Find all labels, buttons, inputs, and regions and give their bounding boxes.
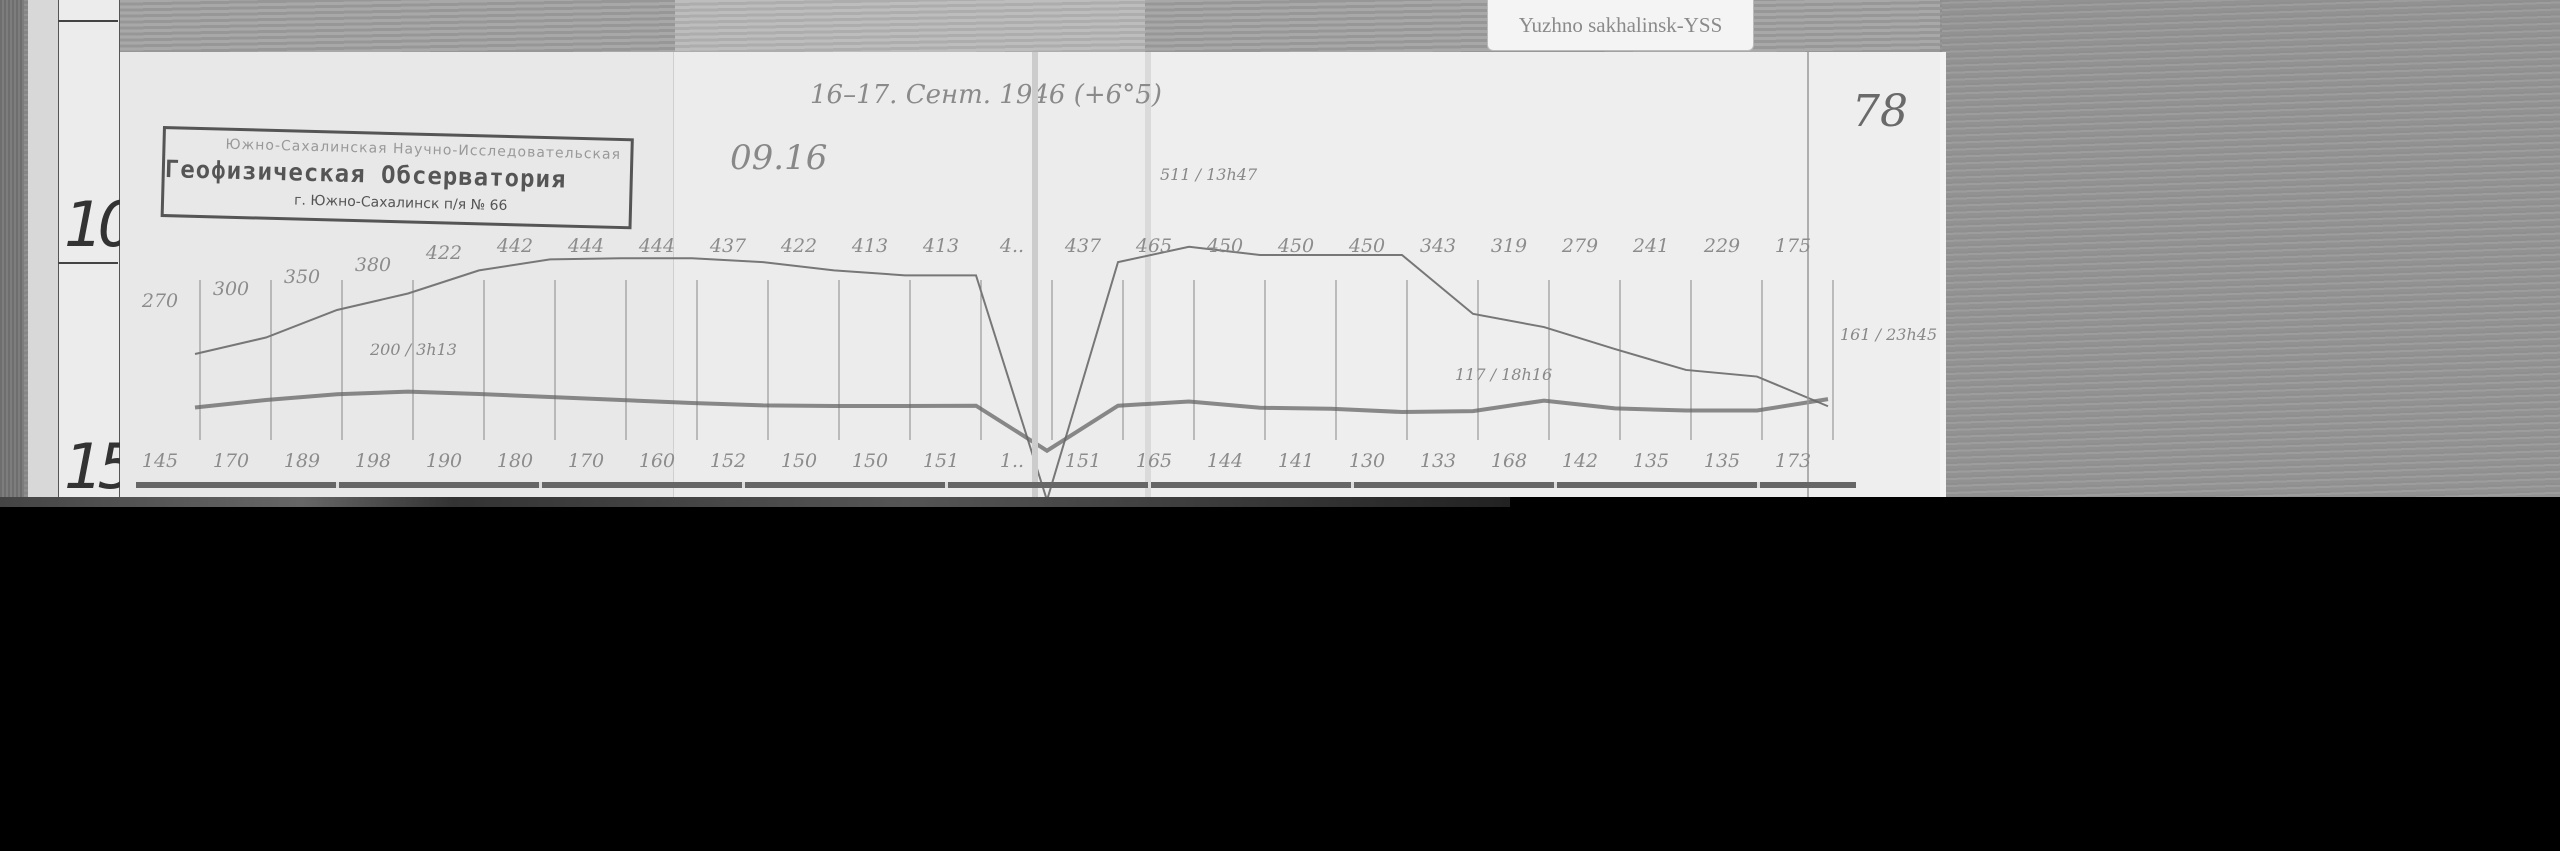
top-trace-value: 319: [1491, 235, 1527, 257]
top-trace-value: 279: [1562, 235, 1598, 257]
bottom-trace-value: 150: [781, 450, 817, 472]
top-trace-value: 442: [497, 235, 533, 257]
bottom-trace-value: 189: [284, 450, 320, 472]
annotation-min-2: 161 / 23h45: [1840, 325, 1937, 344]
bottom-trace-value: 151: [1065, 450, 1101, 472]
time-base-line: [136, 482, 1856, 488]
bottom-trace-value: 135: [1633, 450, 1669, 472]
top-trace-value: 270: [142, 290, 178, 312]
top-trace-value: 380: [355, 254, 391, 276]
top-trace-value: 450: [1278, 235, 1314, 257]
top-trace-value: 444: [568, 235, 604, 257]
bottom-trace-value: 170: [568, 450, 604, 472]
seismogram-scan: 10 15 Yuzhno sakhalinsk-YSS Южно-Сахалин…: [0, 0, 2560, 497]
top-trace-value: 350: [284, 266, 320, 288]
bottom-trace-value: 130: [1349, 450, 1385, 472]
top-trace-value: 422: [781, 235, 817, 257]
annotation-max-2: 511 / 13h47: [1160, 165, 1257, 184]
top-trace-value: 4..: [1000, 235, 1024, 257]
top-trace-value: 465: [1136, 235, 1172, 257]
top-trace-value: 444: [639, 235, 675, 257]
bottom-trace-value: 150: [852, 450, 888, 472]
scan-bottom-edge: [0, 497, 1510, 507]
bottom-trace-value: 190: [426, 450, 462, 472]
top-trace-value: 241: [1633, 235, 1669, 257]
bottom-trace-value: 180: [497, 450, 533, 472]
top-trace-value: 413: [923, 235, 959, 257]
top-trace-value: 437: [1065, 235, 1101, 257]
bottom-trace-value: 160: [639, 450, 675, 472]
top-trace-value: 175: [1775, 235, 1811, 257]
top-trace-value: 343: [1420, 235, 1456, 257]
top-trace-value: 300: [213, 278, 249, 300]
bottom-trace-value: 198: [355, 450, 391, 472]
bottom-trace-value: 152: [710, 450, 746, 472]
annotation-min-1: 117 / 18h16: [1455, 365, 1552, 384]
annotation-max-1: 200 / 3h13: [370, 340, 457, 359]
top-trace-value: 229: [1704, 235, 1740, 257]
top-trace-value: 437: [710, 235, 746, 257]
bottom-trace-value: 144: [1207, 450, 1243, 472]
bottom-trace-value: 133: [1420, 450, 1456, 472]
bottom-trace-value: 173: [1775, 450, 1811, 472]
bottom-trace-value: 168: [1491, 450, 1527, 472]
bottom-trace-value: 170: [213, 450, 249, 472]
bottom-trace-value: 135: [1704, 450, 1740, 472]
bottom-trace-value: 151: [923, 450, 959, 472]
top-trace-value: 413: [852, 235, 888, 257]
top-trace-value: 422: [426, 242, 462, 264]
bottom-trace-value: 142: [1562, 450, 1598, 472]
bottom-trace-value: 141: [1278, 450, 1314, 472]
bottom-trace-value: 145: [142, 450, 178, 472]
top-trace-value: 450: [1349, 235, 1385, 257]
top-trace-value: 450: [1207, 235, 1243, 257]
bottom-trace-value: 1..: [1000, 450, 1024, 472]
bottom-trace-value: 165: [1136, 450, 1172, 472]
